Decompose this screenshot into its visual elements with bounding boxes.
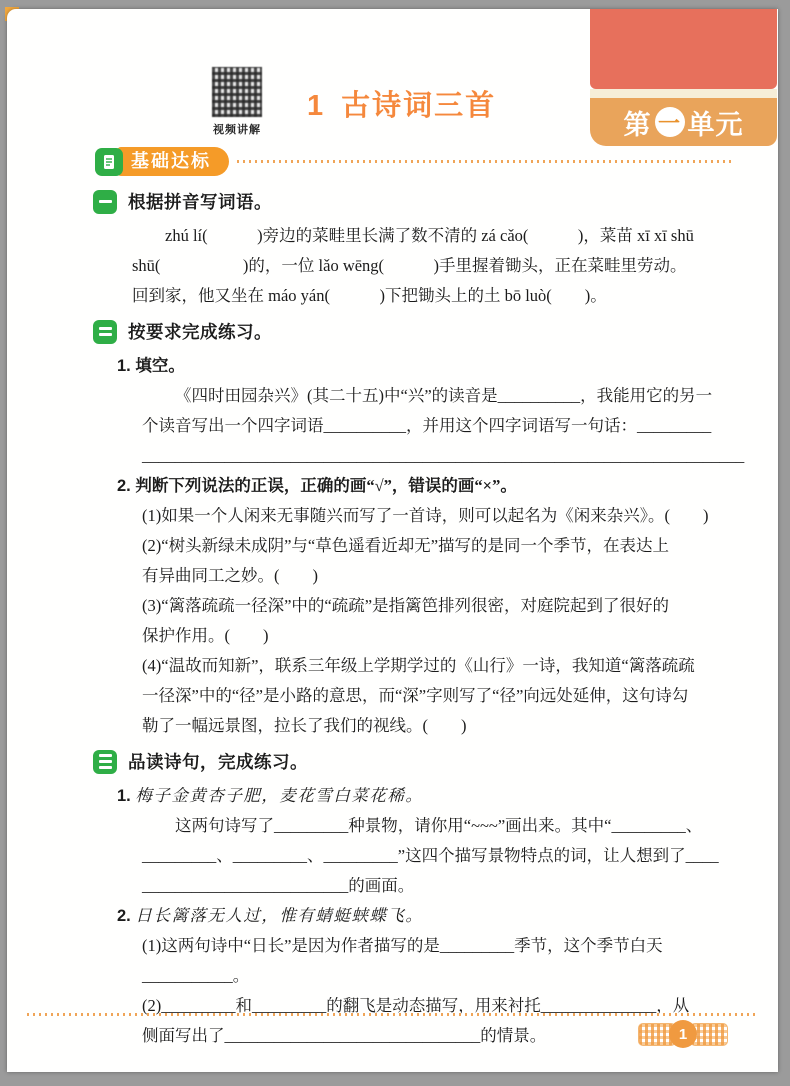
footer-dotted-line — [27, 1013, 756, 1016]
qr-code-block: 视频讲解 — [205, 67, 269, 137]
question-2-head: 2. 判断下列说法的正误，正确的画“√”，错误的画“×”。 — [117, 471, 733, 501]
question-number: 2. — [117, 477, 131, 495]
question-line: ___________。 — [142, 961, 733, 991]
page-number: 1 — [669, 1020, 697, 1048]
section-two-title: 按要求完成练习。 — [128, 319, 272, 344]
true-false-item: 勒了一幅远景图，拉长了我们的视线。( ) — [142, 711, 733, 741]
true-false-item: 有异曲同工之妙。( ) — [142, 561, 733, 591]
question-1-body: 《四时田园杂兴》(其二十五)中“兴”的读音是__________，我能用它的另一… — [142, 381, 733, 471]
page-footer: 1 — [27, 1013, 756, 1016]
unit-number: 一 — [658, 107, 681, 138]
page-header: 视频讲解 1古诗词三首 第 一 单元 基础达标 — [7, 9, 778, 177]
question-2-body: (1)如果一个人闲来无事随兴而写了一首诗，则可以起名为《闲来杂兴》。( ) (2… — [142, 501, 733, 741]
section-three-icon — [93, 750, 117, 774]
section-two-header: 按要求完成练习。 — [93, 319, 733, 344]
section-one-header: 根据拼音写词语。 — [93, 189, 733, 214]
true-false-item: (2)“树头新绿未成阴”与“草色遥看近却无”描写的是同一个季节，在表达上 — [142, 531, 733, 561]
unit-tab-gap — [590, 89, 777, 98]
workbook-page: 视频讲解 1古诗词三首 第 一 单元 基础达标 — [7, 9, 778, 1072]
badge-basics-label: 基础达标 — [117, 147, 229, 176]
question-number: 1. — [117, 357, 131, 375]
question-line: 《四时田园杂兴》(其二十五)中“兴”的读音是__________，我能用它的另一 — [142, 381, 733, 411]
section-three-header: 品读诗句，完成练习。 — [93, 749, 733, 774]
true-false-item: (3)“篱落疏疏一径深”中的“疏疏”是指篱笆排列很密，对庭院起到了很好的 — [142, 591, 733, 621]
section-two-icon — [93, 320, 117, 344]
question-number: 2. — [117, 907, 131, 925]
question-line: 个读音写出一个四字词语__________，并用这个四字词语写一句话：_____… — [142, 411, 733, 441]
paragraph-line: shū( )的，一位 lǎo wēng( )手里握着锄头，正在菜畦里劳动。 — [132, 251, 733, 281]
true-false-item: (1)如果一个人闲来无事随兴而写了一首诗，则可以起名为《闲来杂兴》。( ) — [142, 501, 733, 531]
poem-1-head: 1. 梅子金黄杏子肥，麦花雪白菜花稀。 — [117, 781, 733, 811]
question-block: 1. 梅子金黄杏子肥，麦花雪白菜花稀。 这两句诗写了_________种景物，请… — [117, 781, 733, 1051]
section-one-title: 根据拼音写词语。 — [128, 189, 272, 214]
unit-tab-label: 第 一 单元 — [590, 98, 777, 146]
lesson-name: 古诗词三首 — [341, 90, 496, 122]
poem-line: 梅子金黄杏子肥，麦花雪白菜花稀。 — [135, 786, 423, 805]
lesson-number: 1 — [307, 90, 325, 122]
question-title: 判断下列说法的正误，正确的画“√”，错误的画“×”。 — [135, 476, 516, 495]
unit-suffix: 单元 — [688, 103, 744, 142]
poem-line: 日长篱落无人过，惟有蜻蜓蛱蝶飞。 — [135, 906, 423, 925]
qr-code-label: 视频讲解 — [205, 121, 269, 137]
document-icon — [95, 148, 123, 176]
pinyin-paragraph: zhú lí( )旁边的菜畦里长满了数不清的 zá cǎo( )，菜苗 xī x… — [132, 221, 733, 311]
unit-prefix: 第 — [624, 103, 652, 142]
section-one-icon — [93, 190, 117, 214]
poem-2-head: 2. 日长篱落无人过，惟有蜻蜓蛱蝶飞。 — [117, 901, 733, 931]
question-line: 这两句诗写了_________种景物，请你用“~~~”画出来。其中“______… — [142, 811, 733, 841]
unit-tab: 第 一 单元 — [590, 9, 777, 146]
unit-tab-red-block — [590, 9, 777, 89]
poem-1-questions: 这两句诗写了_________种景物，请你用“~~~”画出来。其中“______… — [142, 811, 733, 901]
page-number-marker: 1 — [638, 1020, 728, 1048]
true-false-item: (4)“温故而知新”，联系三年级上学期学过的《山行》一诗，我知道“篱落疏疏 — [142, 651, 733, 681]
answer-blank-line: ________________________________________… — [142, 441, 733, 471]
badge-row: 基础达标 — [95, 147, 733, 176]
question-title: 填空。 — [135, 356, 185, 375]
question-line: _________、_________、_________”这四个描写景物特点的… — [142, 841, 733, 871]
question-line: (1)这两句诗中“日长”是因为作者描写的是_________季节，这个季节白天 — [142, 931, 733, 961]
qr-code — [212, 67, 262, 117]
question-1-head: 1. 填空。 — [117, 351, 733, 381]
dotted-divider — [237, 160, 733, 163]
lesson-title: 1古诗词三首 — [307, 83, 496, 124]
question-number: 1. — [117, 787, 131, 805]
question-line: _________________________的画面。 — [142, 871, 733, 901]
true-false-item: 保护作用。( ) — [142, 621, 733, 651]
unit-number-circle: 一 — [655, 107, 685, 137]
true-false-item: 一径深”中的“径”是小路的意思，而“深”字则写了“径”向远处延伸，这句诗勾 — [142, 681, 733, 711]
page-content: 根据拼音写词语。 zhú lí( )旁边的菜畦里长满了数不清的 zá cǎo( … — [7, 177, 778, 1051]
question-block: 1. 填空。 《四时田园杂兴》(其二十五)中“兴”的读音是__________，… — [117, 351, 733, 741]
question-line: (2)_________和_________的翻飞是动态描写，用来衬托_____… — [142, 991, 733, 1021]
section-three-title: 品读诗句，完成练习。 — [128, 749, 308, 774]
paragraph-line: 回到家，他又坐在 máo yán( )下把锄头上的土 bō luò( )。 — [132, 281, 733, 311]
paragraph-line: zhú lí( )旁边的菜畦里长满了数不清的 zá cǎo( )，菜苗 xī x… — [132, 221, 733, 251]
